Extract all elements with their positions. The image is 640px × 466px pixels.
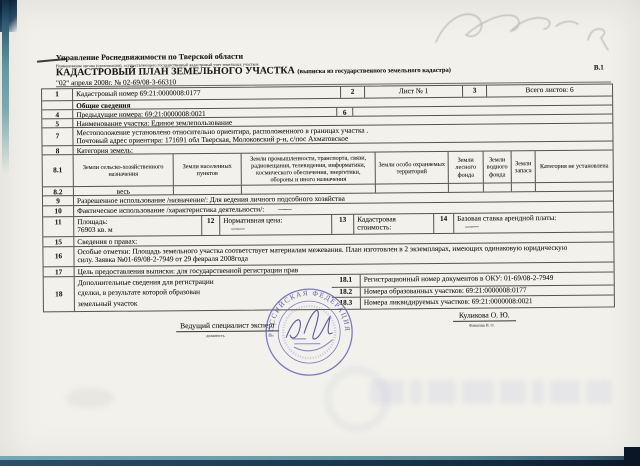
category-agricultural: Земли сельско-хозяйственного назначения [73, 154, 173, 186]
rent-rate-cell: Базовая ставка арендной платы: —— [453, 212, 613, 232]
row-number: 9 [43, 196, 73, 205]
document-title-suffix: (выписка из государственного земельного … [297, 67, 451, 75]
empty-cell [483, 183, 511, 191]
row-number: 17 [44, 267, 74, 276]
empty-cell [511, 183, 535, 191]
row-number: 18.1 [332, 275, 360, 287]
scanned-document-page: Управление Роснедвижимости по Тверской о… [0, 0, 640, 466]
actual-use-value: —— [278, 204, 291, 213]
signatory-position-caption: должность [206, 333, 224, 338]
category-reserve: Земли запаса [511, 151, 535, 182]
row-number [42, 101, 72, 109]
category-industry: Земли промышленности, транспорта, связи,… [241, 153, 375, 185]
stamp-text: РОССИЙСКАЯ ФЕДЕРАЦИЯ [267, 289, 352, 338]
row-number: 13 [331, 215, 353, 234]
row-number: 8.2 [43, 187, 73, 195]
row-number: 1 [42, 89, 72, 100]
row-number: 6 [336, 108, 352, 116]
empty-cell [241, 185, 375, 194]
category-value: весь [73, 186, 173, 195]
row-number: 8 [43, 146, 73, 154]
table-row-land-categories: 8.1 Земли сельско-хозяйственного назначе… [43, 149, 613, 186]
row-number: 14 [433, 214, 453, 233]
cadastral-value-label: Кадастровая стоимость: [357, 215, 430, 233]
normative-price-value: —— [231, 224, 328, 234]
area-cell: Площадь: 76903 кв. м [73, 216, 201, 236]
empty-cell [535, 182, 613, 191]
category-protected: Земли особо охраняемых территорий [375, 152, 448, 184]
row-number: 15 [43, 237, 73, 246]
row-number: 10 [43, 206, 73, 216]
rent-rate-value: —— [465, 222, 610, 232]
form-code: В.1 [594, 64, 604, 72]
row-number: 16 [43, 247, 73, 266]
liquidated-parcel-numbers: Номера ликвидируемых участков: 69:21:000… [360, 296, 614, 309]
issuing-org: Управление Роснедвижимости по Тверской о… [56, 52, 243, 63]
table-subrow: 18.3 Номера ликвидируемых участков: 69:2… [332, 295, 614, 309]
document-title: КАДАСТРОВЫЙ ПЛАН ЗЕМЕЛЬНОГО УЧАСТКА (вып… [56, 64, 451, 78]
category-not-set: Категория не установлена [535, 150, 613, 182]
row-number: 3 [462, 86, 486, 97]
svg-text:РОССИЙСКАЯ ФЕДЕРАЦИЯ: РОССИЙСКАЯ ФЕДЕРАЦИЯ [267, 289, 352, 338]
cadastral-value-cell: Кадастровая стоимость: —— [353, 214, 433, 234]
row-number: 7 [42, 128, 72, 145]
area-value: 76903 кв. м [77, 225, 198, 235]
document: Управление Роснедвижимости по Тверской о… [0, 0, 640, 466]
category-forest: Земли лесного фонда [448, 152, 483, 183]
row-number: 18 [44, 277, 74, 311]
row-number: 11 [43, 217, 73, 236]
additional-info-subrows: 18.1 Регистрационный номер документов в … [332, 272, 614, 308]
empty-cell [375, 184, 448, 193]
cadastral-table: 1 Кадастровый номер 69:21:0000008:0177 2… [41, 83, 615, 312]
row-number: 2 [340, 87, 364, 98]
row-number: 4 [42, 110, 72, 118]
row-number: 5 [42, 119, 72, 127]
signatory-name: Куликова О. Ю. [453, 310, 516, 322]
empty-cell [173, 186, 241, 195]
normative-price-cell: Нормативная цена: —— [219, 215, 331, 235]
row-number: 12 [201, 216, 219, 235]
actual-use-label: Фактическое использование /характеристик… [77, 204, 264, 215]
signatory-name-caption: Фамилия И. О. [469, 322, 494, 327]
total-sheets: Всего листов: 6 [486, 84, 612, 96]
category-water: Земли водного фонда [483, 151, 511, 182]
category-settlements: Земли населенных пунктов [173, 154, 241, 186]
signature-scribble [286, 310, 332, 351]
empty-cell [448, 184, 483, 192]
row-number: 8.1 [43, 155, 73, 186]
sheet-number: Лист № 1 [364, 86, 462, 98]
additional-info-label: Дополнительные сведения для регистрации … [78, 276, 228, 309]
official-stamp: РОССИЙСКАЯ ФЕДЕРАЦИЯ [264, 287, 355, 378]
cadastral-number: Кадастровый номер 69:21:0000008:0177 [72, 87, 340, 100]
